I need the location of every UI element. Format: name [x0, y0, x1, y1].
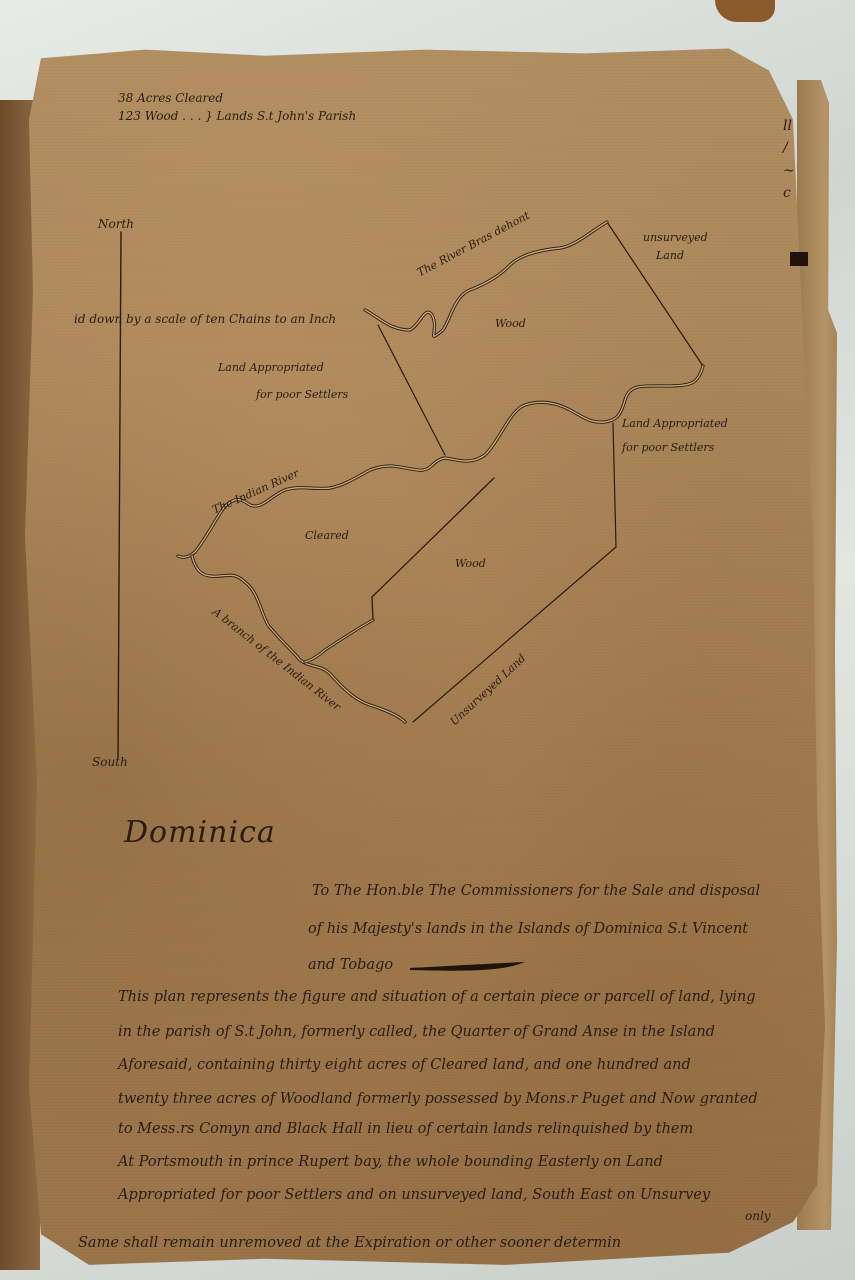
body-line-7: Appropriated for poor Settlers and on un…: [118, 1188, 710, 1203]
scale-note: id down by a scale of ten Chains to an I…: [74, 313, 336, 325]
address-line-1: To The Hon.ble The Commissioners for the…: [312, 884, 760, 899]
margin-mark: ~: [783, 160, 795, 182]
label-unsurveyed-top-2: Land: [656, 250, 684, 261]
margin-mark: ll: [783, 115, 795, 137]
survey-plat-drawing: [0, 0, 855, 1280]
boundary-cleared-wood: [372, 478, 494, 620]
label-unsurveyed-top-1: unsurveyed: [643, 232, 708, 243]
boundary-southeast: [413, 547, 616, 722]
document-title-dominica: Dominica: [124, 818, 276, 848]
body-line-1: This plan represents the figure and situ…: [118, 990, 756, 1005]
boundary-east: [613, 423, 616, 547]
body-line-5: to Mess.rs Comyn and Black Hall in lieu …: [118, 1122, 693, 1137]
boundary-west-upper: [378, 325, 445, 455]
right-margin-marks: ll / ~ c: [783, 115, 795, 205]
body-line-3: Aforesaid, containing thirty eight acres…: [118, 1058, 691, 1073]
header-acres-cleared: 38 Acres Cleared: [118, 92, 223, 104]
body-line-4: twenty three acres of Woodland formerly …: [118, 1092, 758, 1107]
label-land-appropriated-left-2: for poor Settlers: [256, 389, 348, 400]
compass-south-label: South: [92, 756, 128, 768]
header-parish-note: 123 Wood . . . } Lands S.t John's Parish: [118, 110, 356, 122]
compass-north-label: North: [98, 218, 134, 230]
label-cleared: Cleared: [305, 530, 349, 541]
label-land-appropriated-right-1: Land Appropriated: [622, 418, 728, 429]
body-insert-only: only: [745, 1210, 771, 1222]
meridian-line: [118, 232, 121, 758]
body-line-2: in the parish of S.t John, formerly call…: [118, 1025, 715, 1040]
label-wood-upper: Wood: [495, 318, 526, 329]
body-line-8: Same shall remain unremoved at the Expir…: [78, 1236, 621, 1251]
body-line-6: At Portsmouth in prince Rupert bay, the …: [118, 1155, 663, 1170]
branch-indian-river: [192, 556, 405, 722]
label-land-appropriated-right-2: for poor Settlers: [622, 442, 714, 453]
flourish-stroke: [410, 962, 525, 971]
label-wood-lower: Wood: [455, 558, 486, 569]
address-line-3: and Tobago: [308, 958, 393, 973]
label-land-appropriated-left-1: Land Appropriated: [218, 362, 324, 373]
margin-mark: /: [783, 137, 795, 159]
margin-mark: c: [783, 182, 795, 204]
address-line-2: of his Majesty's lands in the Islands of…: [308, 922, 748, 937]
ink-blot: [790, 252, 808, 266]
